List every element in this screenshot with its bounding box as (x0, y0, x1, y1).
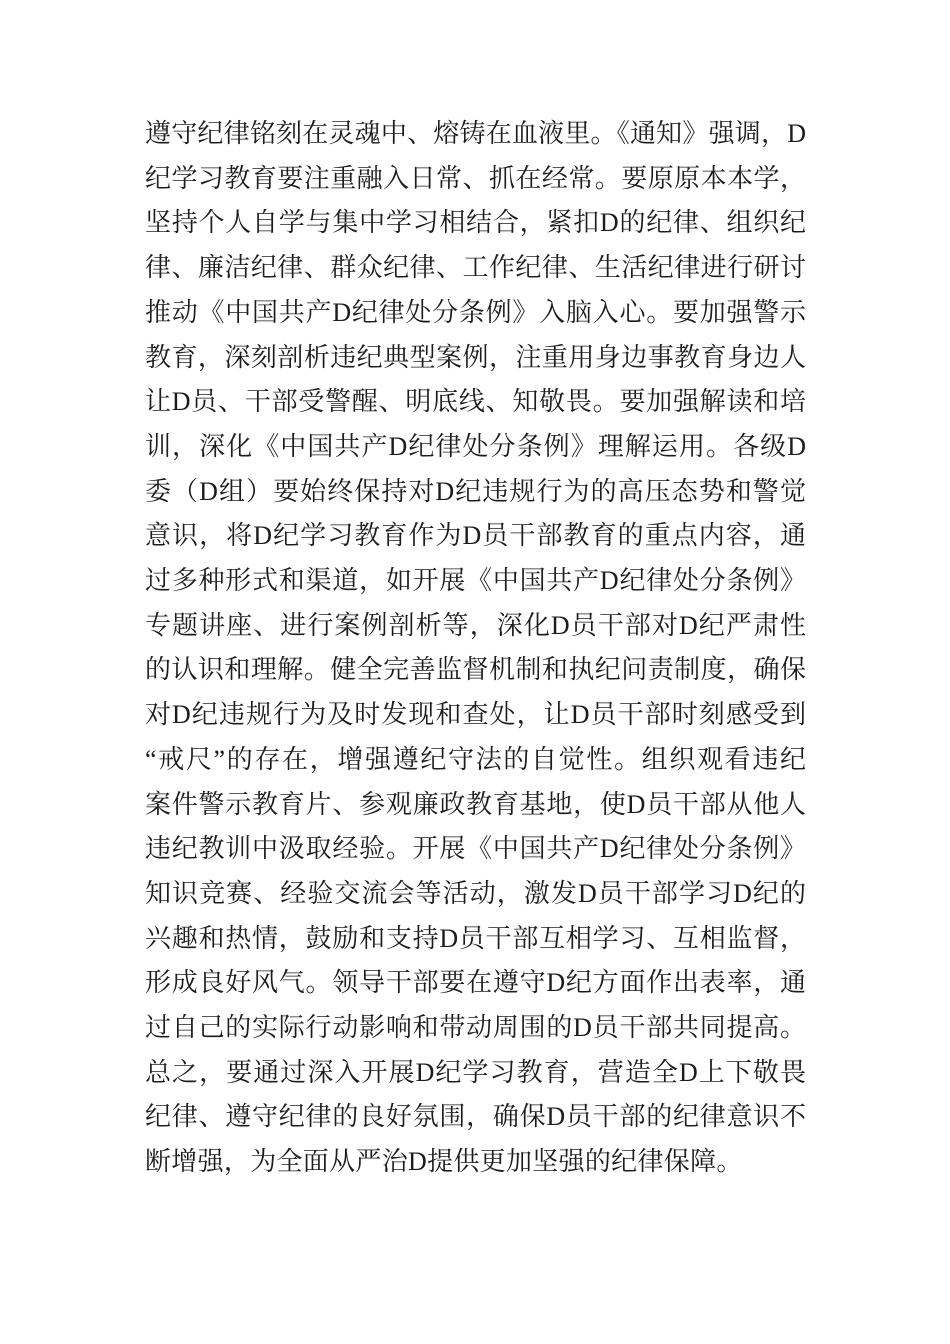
text-line: 总之，要通过深入开展D纪学习教育，营造全D上下敬畏 (145, 1051, 806, 1096)
text-line: 推动《中国共产D纪律处分条例》入脑入心。要加强警示 (145, 291, 806, 336)
text-line: 委（D组）要始终保持对D纪违规行为的高压态势和警觉 (145, 470, 806, 515)
text-line: 过多种形式和渠道，如开展《中国共产D纪律处分条例》 (145, 559, 806, 604)
text-line: 形成良好风气。领导干部要在遵守D纪方面作出表率，通 (145, 961, 806, 1006)
text-line: 让D员、干部受警醒、明底线、知敬畏。要加强解读和培 (145, 380, 806, 425)
text-line: 意识，将D纪学习教育作为D员干部教育的重点内容，通 (145, 514, 806, 559)
text-line: 纪律、遵守纪律的良好氛围，确保D员干部的纪律意识不 (145, 1095, 806, 1140)
body-paragraph: 遵守纪律铭刻在灵魂中、熔铸在血液里。《通知》强调，D 纪学习教育要注重融入日常、… (145, 112, 806, 1185)
text-line: 案件警示教育片、参观廉政教育基地，使D员干部从他人 (145, 783, 806, 828)
text-line: 律、廉洁纪律、群众纪律、工作纪律、生活纪律进行研讨 (145, 246, 806, 291)
text-line: 纪学习教育要注重融入日常、抓在经常。要原原本本学， (145, 157, 806, 202)
text-line: 知识竞赛、经验交流会等活动，激发D员干部学习D纪的 (145, 872, 806, 917)
document-page: 遵守纪律铭刻在灵魂中、熔铸在血液里。《通知》强调，D 纪学习教育要注重融入日常、… (0, 0, 950, 1344)
text-line: 过自己的实际行动影响和带动周围的D员干部共同提高。 (145, 1006, 806, 1051)
text-line: 兴趣和热情，鼓励和支持D员干部互相学习、互相监督， (145, 917, 806, 962)
text-line: 断增强，为全面从严治D提供更加坚强的纪律保障。 (145, 1140, 806, 1185)
text-line: 训，深化《中国共产D纪律处分条例》理解运用。各级D (145, 425, 806, 470)
text-line: 的认识和理解。健全完善监督机制和执纪问责制度，确保 (145, 648, 806, 693)
text-line: 教育，深刻剖析违纪典型案例，注重用身边事教育身边人 (145, 336, 806, 381)
text-line: 违纪教训中汲取经验。开展《中国共产D纪律处分条例》 (145, 827, 806, 872)
text-line: 专题讲座、进行案例剖析等，深化D员干部对D纪严肃性 (145, 604, 806, 649)
text-line: 对D纪违规行为及时发现和查处，让D员干部时刻感受到 (145, 693, 806, 738)
text-line: 坚持个人自学与集中学习相结合，紧扣D的纪律、组织纪 (145, 201, 806, 246)
text-line: “戒尺”的存在，增强遵纪守法的自觉性。组织观看违纪 (145, 738, 806, 783)
text-line: 遵守纪律铭刻在灵魂中、熔铸在血液里。《通知》强调，D (145, 112, 806, 157)
